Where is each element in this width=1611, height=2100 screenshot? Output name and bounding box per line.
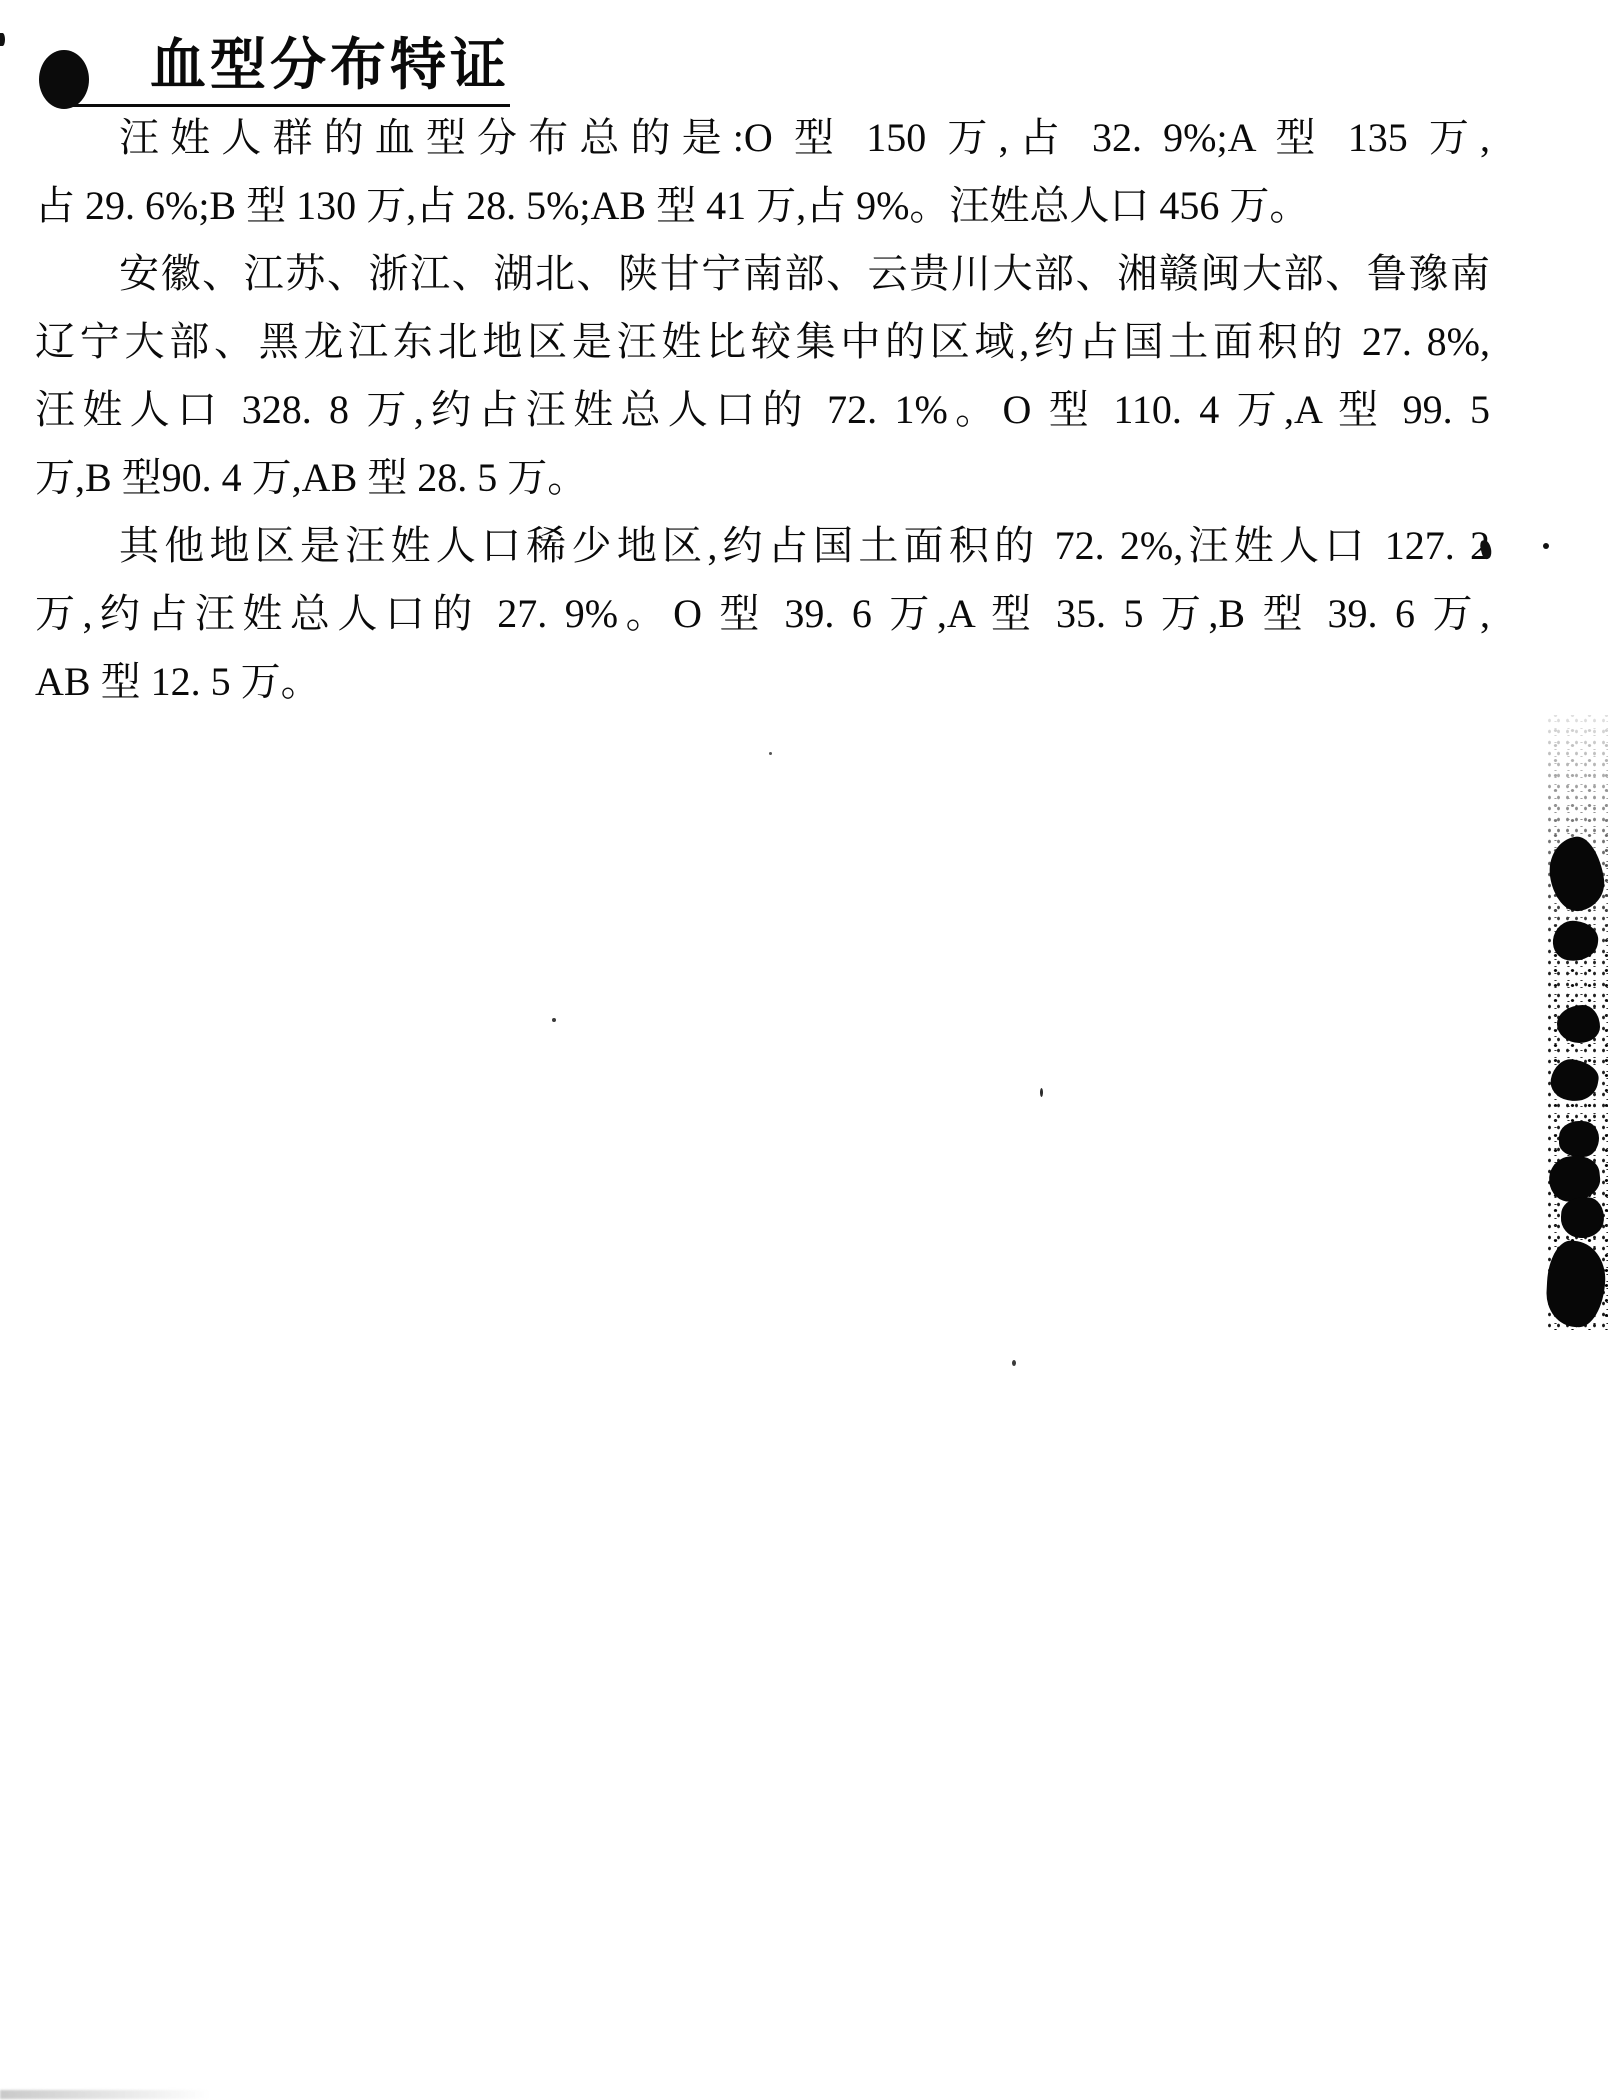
body-text: 汪姓人群的血型分布总的是:O 型 150 万,占 32. 9%;A 型 135 … (35, 104, 1490, 716)
ink-blob (1551, 919, 1600, 963)
ink-smudge-strip (1545, 715, 1608, 1330)
ink-blob (1560, 1196, 1606, 1240)
scan-speck (0, 33, 5, 46)
ink-blob (1557, 1005, 1600, 1043)
text-line: 占 29. 6%;B 型 130 万,占 28. 5%;AB 型 41 万,占 … (35, 172, 1490, 240)
text-line: 万,B 型90. 4 万,AB 型 28. 5 万。 (35, 444, 1490, 512)
scanned-page: 血型分布特证 汪姓人群的血型分布总的是:O 型 150 万,占 32. 9%;A… (0, 0, 1611, 2100)
scan-edge-smear (0, 2090, 210, 2099)
ink-blob (1548, 1056, 1601, 1105)
section-title: 血型分布特证 (150, 34, 510, 98)
scan-speck (1012, 1360, 1016, 1366)
ink-blob (1547, 1153, 1602, 1203)
text-line: 安徽、江苏、浙江、湖北、陕甘宁南部、云贵川大部、湘赣闽大部、鲁豫南部、 (35, 240, 1490, 308)
ink-blob (1559, 1121, 1599, 1157)
section-bullet-icon (39, 50, 89, 109)
text-line: 万,约占汪姓总人口的 27. 9%。O 型 39. 6 万,A 型 35. 5 … (35, 580, 1490, 648)
section-header: 血型分布特证 (0, 0, 600, 120)
scan-speck (552, 1018, 556, 1022)
ink-speckle (1545, 715, 1608, 1330)
scan-speck (769, 752, 772, 755)
text-line: 辽宁大部、黑龙江东北地区是汪姓比较集中的区域,约占国土面积的 27. 8%, (35, 308, 1490, 376)
text-line: 其他地区是汪姓人口稀少地区,约占国土面积的 72. 2%,汪姓人口 127. 2 (35, 512, 1490, 580)
text-line: 汪姓人群的血型分布总的是:O 型 150 万,占 32. 9%;A 型 135 … (35, 104, 1490, 172)
text-line: 汪姓人口 328. 8 万,约占汪姓总人口的 72. 1%。O 型 110. 4… (35, 376, 1490, 444)
ink-blob (1545, 1240, 1607, 1329)
scan-speck (1040, 1088, 1043, 1097)
scan-speck (1543, 543, 1549, 549)
ink-blob (1545, 834, 1608, 915)
text-line: AB 型 12. 5 万。 (35, 648, 1490, 716)
